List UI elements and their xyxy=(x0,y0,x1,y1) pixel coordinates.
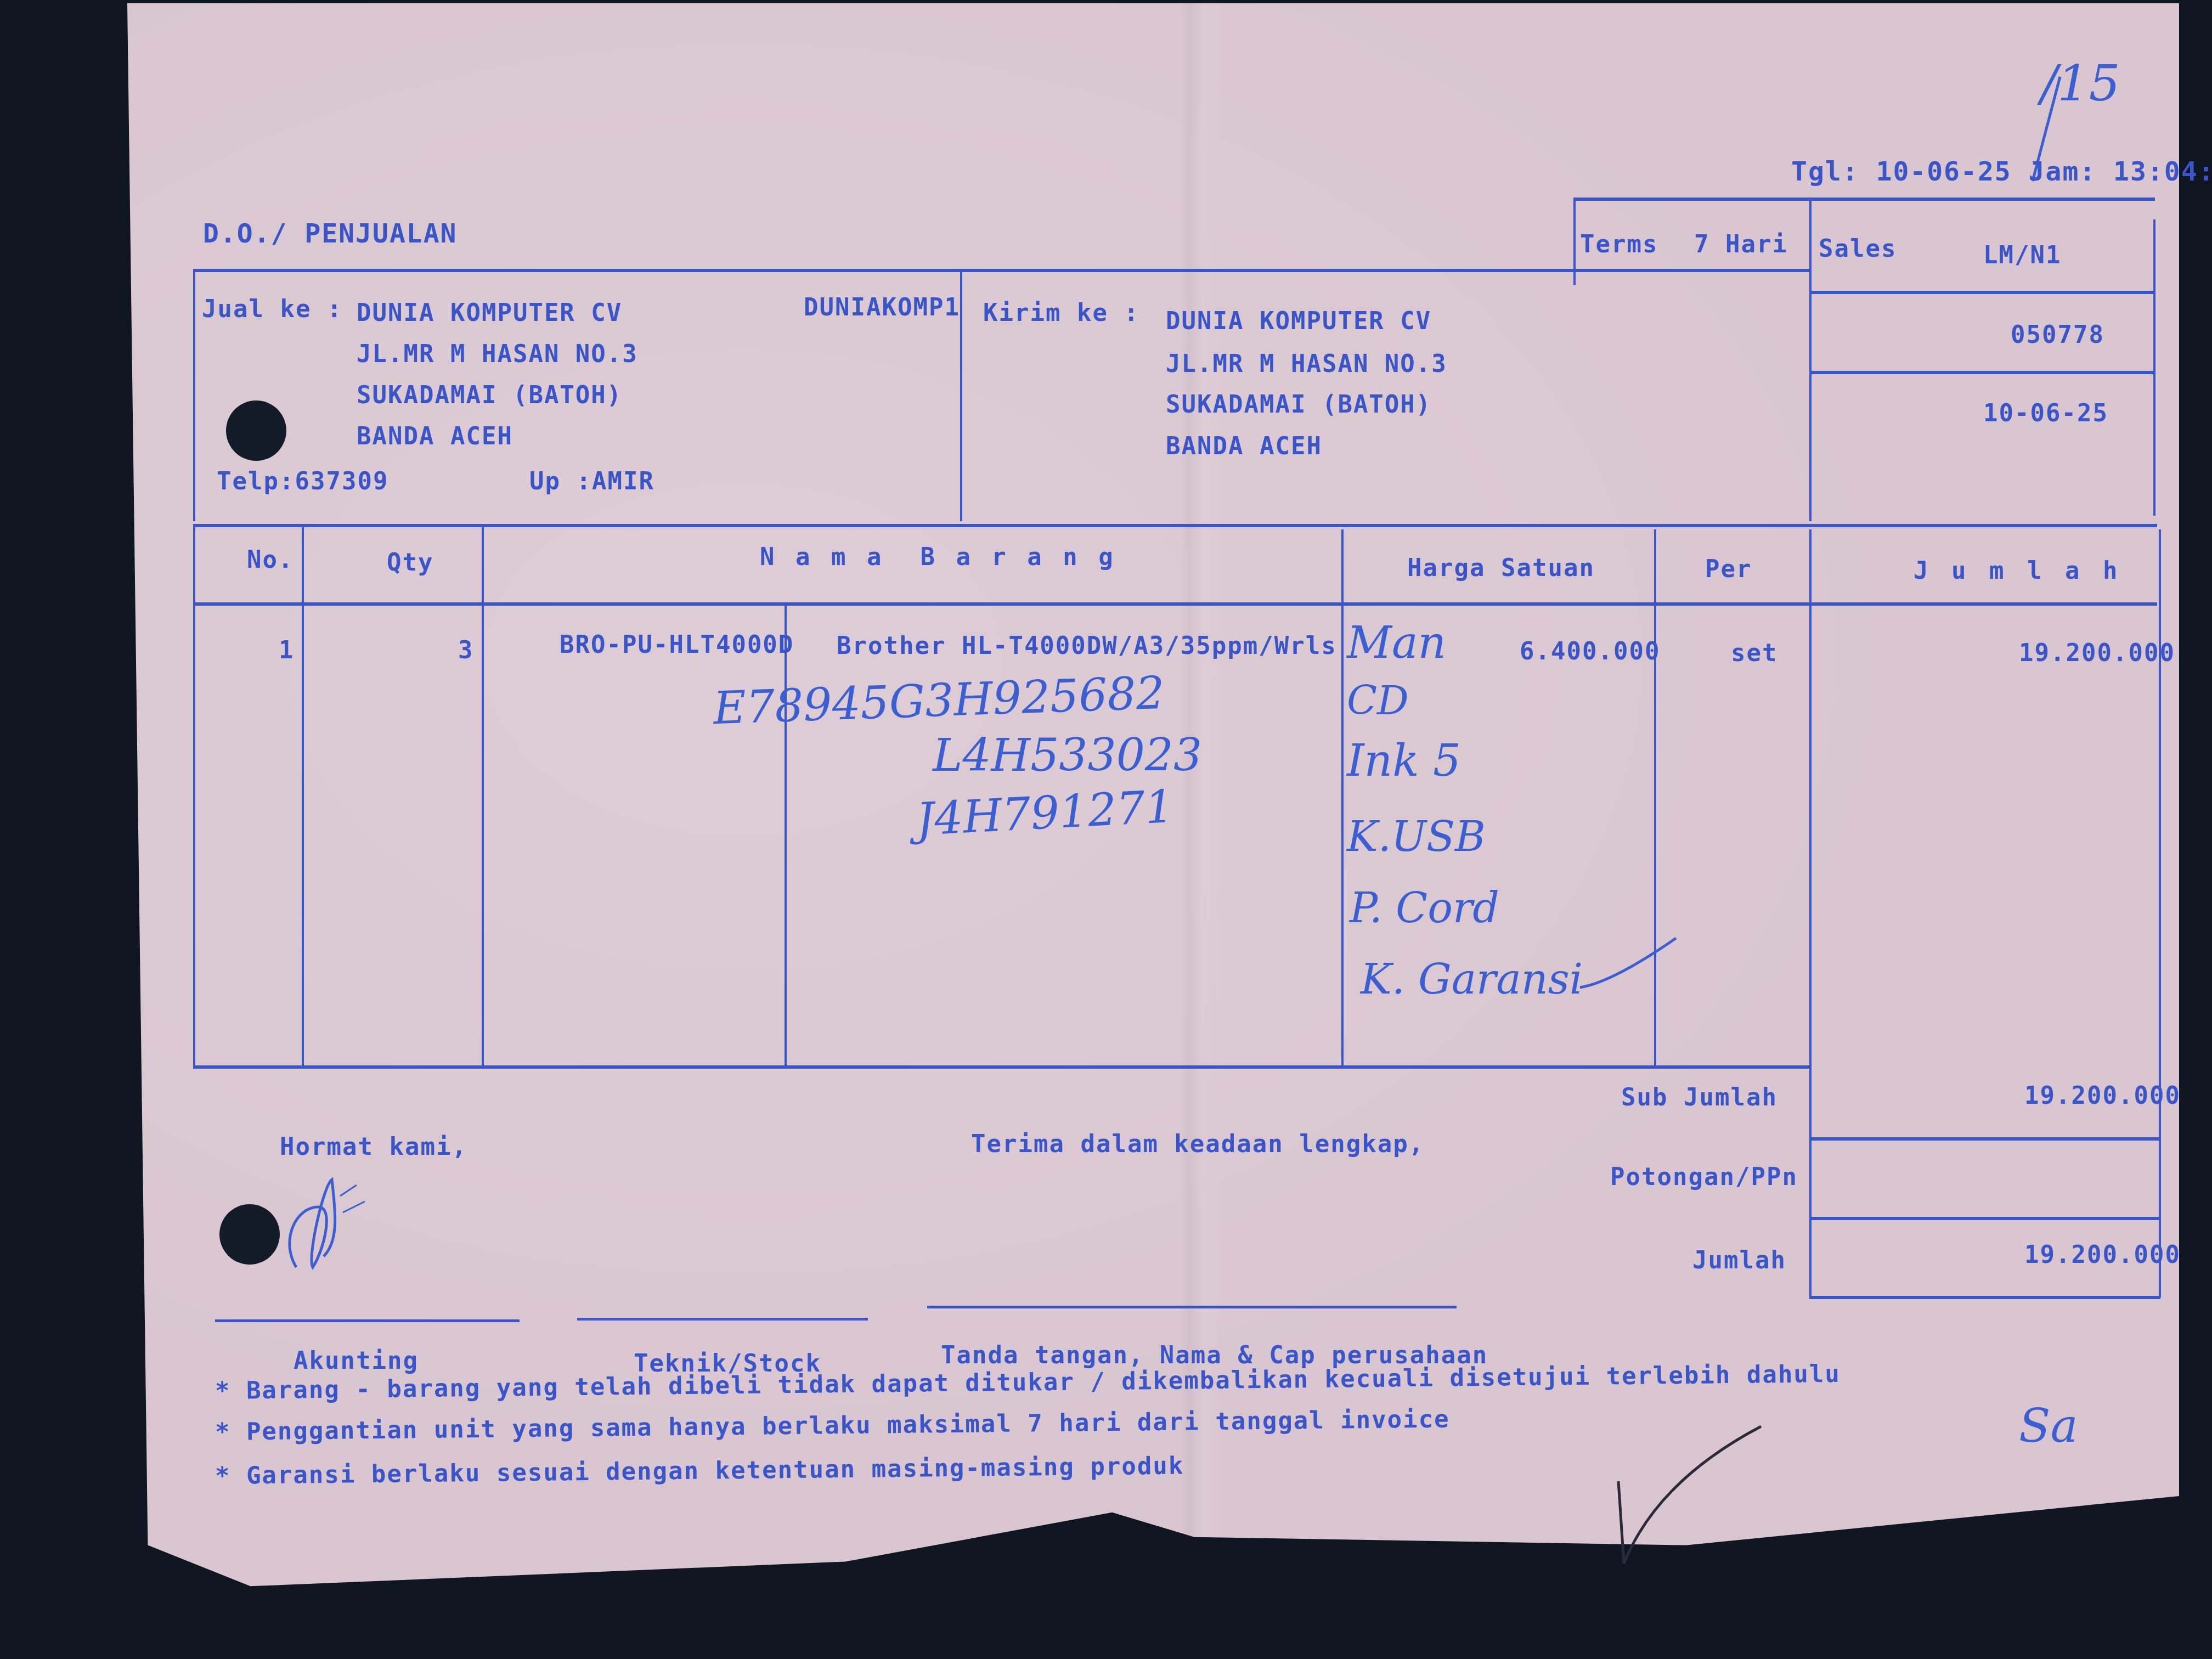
address-box-top xyxy=(193,269,1812,272)
initials-handwritten: Sa xyxy=(2019,1399,2078,1453)
discount-bottom-line xyxy=(1809,1217,2160,1220)
subtotal-value: 19.200.000 xyxy=(2024,1082,2181,1110)
punch-hole-bottom xyxy=(219,1204,280,1265)
col-border-qty-item xyxy=(482,524,484,1067)
handwritten-accessory-usb-cable: K.USB xyxy=(1347,812,1486,861)
right-box-border xyxy=(2153,219,2155,516)
total-bottom-line xyxy=(1809,1296,2160,1299)
sold-to-name: DUNIA KOMPUTER CV xyxy=(357,299,622,327)
sign-line-accounting xyxy=(215,1319,520,1322)
signature-scribble xyxy=(274,1174,373,1273)
ship-to-name: DUNIA KOMPUTER CV xyxy=(1166,307,1431,335)
received-text: Terima dalam keadaan lengkap, xyxy=(971,1130,1424,1158)
subtotal-bottom-line xyxy=(1809,1137,2160,1141)
total-label: Jumlah xyxy=(1692,1246,1786,1274)
terms-box-left xyxy=(1573,198,1576,285)
ship-to-city: BANDA ACEH xyxy=(1166,432,1322,460)
table-bottom-line xyxy=(193,1065,1812,1069)
handwritten-serial-2: L4H533023 xyxy=(933,730,1202,782)
col-border-item-price xyxy=(1341,529,1344,1067)
accessory-check-stroke-icon xyxy=(1580,933,1679,993)
handwritten-accessory-warranty-card: K. Garansi xyxy=(1361,955,1583,1003)
terms-box-top xyxy=(1573,198,2155,201)
sign-line-company xyxy=(927,1306,1457,1308)
handwritten-accessory-manual: Man xyxy=(1347,617,1446,668)
date-time-line: Tgl: 10-06-25 Jam: 13:04:17 xyxy=(1791,156,2212,187)
sold-to-attention: Up :AMIR xyxy=(529,467,654,495)
row-amount: 19.200.000 xyxy=(2019,639,2175,667)
sold-to-address-2: SUKADAMAI (BATOH) xyxy=(357,381,622,409)
sales-value: LM/N1 xyxy=(1983,241,2061,269)
doc-date-top-line xyxy=(1809,371,2155,374)
row-per: set xyxy=(1731,639,1778,667)
regards-text: Hormat kami, xyxy=(280,1133,467,1161)
ship-right-divider xyxy=(1809,285,1812,521)
sign-line-tech-stock xyxy=(577,1318,868,1321)
row-item-code: BRO-PU-HLT4000D xyxy=(560,631,794,659)
sold-to-phone: Telp:637309 xyxy=(217,467,388,495)
header-no: No. xyxy=(247,546,294,574)
row-item-description: Brother HL-T4000DW/A3/35ppm/Wrls xyxy=(837,632,1337,660)
handwritten-accessory-power-cord: P. Cord xyxy=(1350,883,1499,932)
sold-to-city: BANDA ACEH xyxy=(357,422,513,450)
col-border-per-amount xyxy=(1809,529,1812,1297)
address-box-left xyxy=(193,269,195,521)
col-border-no-qty xyxy=(302,524,304,1067)
row-qty: 3 xyxy=(458,636,474,664)
table-top-line xyxy=(193,524,2157,527)
doc-number: 050778 xyxy=(2011,321,2104,349)
ship-to-address-1: JL.MR M HASAN NO.3 xyxy=(1166,350,1447,378)
doc-date: 10-06-25 xyxy=(1983,399,2108,427)
doc-number-top-line xyxy=(1809,291,2155,294)
col-border-left xyxy=(193,524,195,1067)
accounting-label: Akunting xyxy=(294,1347,419,1375)
table-header-bottom-line xyxy=(193,602,2157,606)
document-title: D.O./ PENJUALAN xyxy=(203,218,457,249)
handwritten-accessory-ink: Ink 5 xyxy=(1347,735,1461,786)
punch-hole-top xyxy=(226,400,286,461)
subtotal-label: Sub Jumlah xyxy=(1621,1084,1778,1111)
sold-ship-divider xyxy=(960,269,962,521)
customer-code: DUNIAKOMP1 xyxy=(804,294,960,321)
terms-sales-divider xyxy=(1809,198,1812,291)
header-item-name: N a m a B a r a n g xyxy=(760,543,1116,571)
total-value: 19.200.000 xyxy=(2024,1241,2181,1269)
ship-to-address-2: SUKADAMAI (BATOH) xyxy=(1166,391,1431,419)
row-unit-price: 6.400.000 xyxy=(1520,637,1660,665)
discount-label: Potongan/PPn xyxy=(1610,1163,1798,1191)
header-per: Per xyxy=(1705,555,1752,583)
terms-value: 7 Hari xyxy=(1694,230,1788,258)
col-border-code-desc xyxy=(785,603,787,1067)
header-amount: J u m l a h xyxy=(1914,557,2121,585)
ship-to-label: Kirim ke : xyxy=(983,299,1139,327)
sold-to-address-1: JL.MR M HASAN NO.3 xyxy=(357,340,638,368)
terms-label: Terms xyxy=(1580,230,1658,258)
sold-to-label: Jual ke : xyxy=(202,295,342,323)
handwritten-accessory-cd: CD xyxy=(1347,678,1409,724)
header-qty: Qty xyxy=(387,549,433,577)
row-no: 1 xyxy=(279,636,295,664)
sales-label: Sales xyxy=(1819,235,1897,263)
header-unit-price: Harga Satuan xyxy=(1407,554,1595,582)
checkmark-icon xyxy=(1613,1421,1767,1569)
